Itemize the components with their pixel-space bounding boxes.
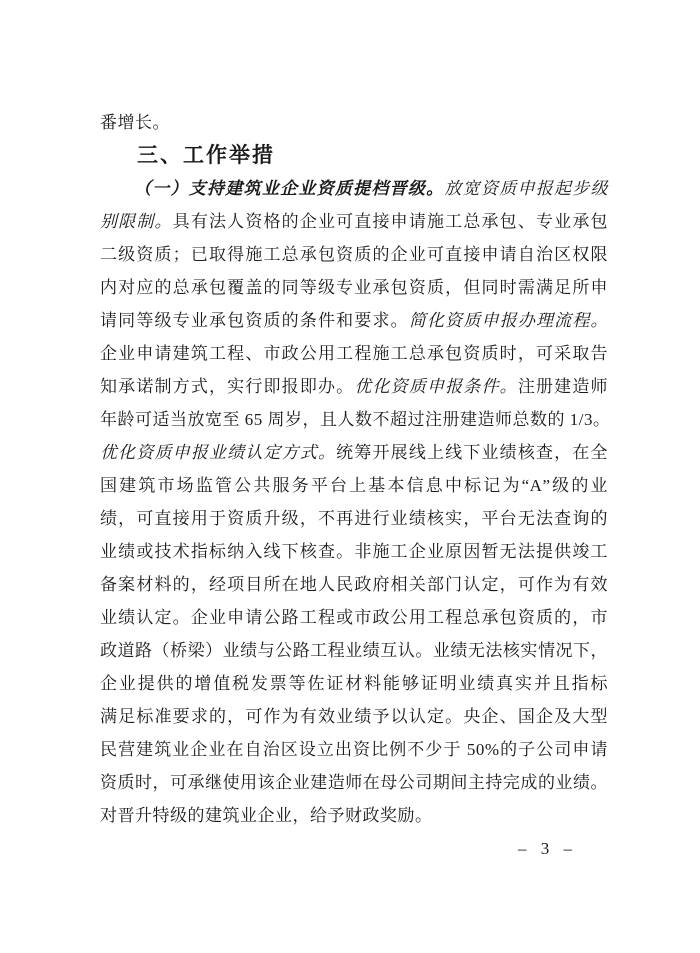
emphasis-text: 优化资质申报业绩认定方式。	[100, 443, 336, 462]
body-text: 企业申请建筑工程、市政公用工程施工总承包资质时，可采取告	[100, 344, 608, 363]
body-text: 业绩或技术指标纳入线下核查。非施工企业原因暂无法提供竣工	[100, 542, 608, 561]
paragraph-line: 年龄可适当放宽至 65 周岁，且人数不超过注册建造师总数的 1/3。	[100, 403, 608, 436]
body-paragraph: （一）支持建筑业企业资质提档晋级。放宽资质申报起步级别限制。具有法人资格的企业可…	[100, 172, 608, 832]
paragraph-line: 业绩认定。企业申请公路工程或市政公用工程总承包资质的，市	[100, 601, 608, 634]
body-text: 国建筑市场监管公共服务平台上基本信息中标记为“A”级的业	[100, 476, 608, 495]
body-text: 请同等级专业承包资质的条件和要求。	[100, 311, 409, 330]
paragraph-line: 政道路（桥梁）业绩与公路工程业绩互认。业绩无法核实情况下，	[100, 634, 608, 667]
paragraph-line: 业绩或技术指标纳入线下核查。非施工企业原因暂无法提供竣工	[100, 535, 608, 568]
paragraph-line: 企业提供的增值税发票等佐证材料能够证明业绩真实并且指标	[100, 667, 608, 700]
document-page: 番增长。 三、工作举措 （一）支持建筑业企业资质提档晋级。放宽资质申报起步级别限…	[0, 0, 700, 953]
body-text: 具有法人资格的企业可直接申请施工总承包、专业承包	[173, 212, 608, 231]
body-text: 二级资质；已取得施工总承包资质的企业可直接申请自治区权限	[100, 245, 608, 264]
emphasis-text: （一）支持建筑业企业资质提档晋级。	[134, 179, 444, 198]
body-text: 业绩认定。企业申请公路工程或市政公用工程总承包资质的，市	[100, 608, 608, 627]
paragraph-line: 二级资质；已取得施工总承包资质的企业可直接申请自治区权限	[100, 238, 608, 271]
paragraph-line: 企业申请建筑工程、市政公用工程施工总承包资质时，可采取告	[100, 337, 608, 370]
body-text: 资质时，可承继使用该企业建造师在母公司期间主持完成的业绩。	[100, 773, 608, 792]
body-text: 绩，可直接用于资质升级，不再进行业绩核实，平台无法查询的	[100, 509, 608, 528]
body-text: 注册建造师	[518, 377, 608, 396]
paragraph-line: 满足标准要求的，可作为有效业绩予以认定。央企、国企及大型	[100, 700, 608, 733]
paragraph-line: 请同等级专业承包资质的条件和要求。简化资质申报办理流程。	[100, 304, 608, 337]
emphasis-text: 别限制。	[100, 212, 173, 231]
body-text: 企业提供的增值税发票等佐证材料能够证明业绩真实并且指标	[100, 674, 608, 693]
body-text: 政道路（桥梁）业绩与公路工程业绩互认。业绩无法核实情况下，	[100, 641, 608, 660]
paragraph-line: 别限制。具有法人资格的企业可直接申请施工总承包、专业承包	[100, 205, 608, 238]
paragraph-line: 优化资质申报业绩认定方式。统筹开展线上线下业绩核查，在全	[100, 436, 608, 469]
body-text: 满足标准要求的，可作为有效业绩予以认定。央企、国企及大型	[100, 707, 608, 726]
emphasis-text: 简化资质申报办理流程。	[409, 311, 608, 330]
section-heading: 三、工作举措	[100, 139, 608, 172]
paragraph-line: 备案材料的，经项目所在地人民政府相关部门认定，可作为有效	[100, 568, 608, 601]
body-text: 民营建筑业企业在自治区设立出资比例不少于 50%的子公司申请	[100, 740, 608, 759]
emphasis-text: 放宽资质申报起步级	[444, 179, 608, 198]
paragraph-line: 对晋升特级的建筑业企业，给予财政奖励。	[100, 799, 608, 832]
paragraph-line: （一）支持建筑业企业资质提档晋级。放宽资质申报起步级	[100, 172, 608, 205]
body-text: 内对应的总承包覆盖的同等级专业承包资质，但同时需满足所申	[100, 278, 608, 297]
paragraph-line: 国建筑市场监管公共服务平台上基本信息中标记为“A”级的业	[100, 469, 608, 502]
body-text: 对晋升特级的建筑业企业，给予财政奖励。	[100, 806, 433, 825]
continuation-text: 番增长。	[100, 106, 608, 139]
paragraph-line: 内对应的总承包覆盖的同等级专业承包资质，但同时需满足所申	[100, 271, 608, 304]
paragraph-line: 民营建筑业企业在自治区设立出资比例不少于 50%的子公司申请	[100, 733, 608, 766]
paragraph-line: 资质时，可承继使用该企业建造师在母公司期间主持完成的业绩。	[100, 766, 608, 799]
emphasis-text: 优化资质申报条件。	[354, 377, 518, 396]
body-text: 知承诺制方式，实行即报即办。	[100, 377, 354, 396]
paragraph-line: 知承诺制方式，实行即报即办。优化资质申报条件。注册建造师	[100, 370, 608, 403]
body-text: 备案材料的，经项目所在地人民政府相关部门认定，可作为有效	[100, 575, 608, 594]
paragraph-line: 绩，可直接用于资质升级，不再进行业绩核实，平台无法查询的	[100, 502, 608, 535]
body-text: 年龄可适当放宽至 65 周岁，且人数不超过注册建造师总数的 1/3。	[100, 410, 610, 429]
page-content: 番增长。 三、工作举措 （一）支持建筑业企业资质提档晋级。放宽资质申报起步级别限…	[0, 0, 700, 865]
page-number: – 3 –	[100, 832, 608, 865]
body-text: 统筹开展线上线下业绩核查，在全	[336, 443, 608, 462]
